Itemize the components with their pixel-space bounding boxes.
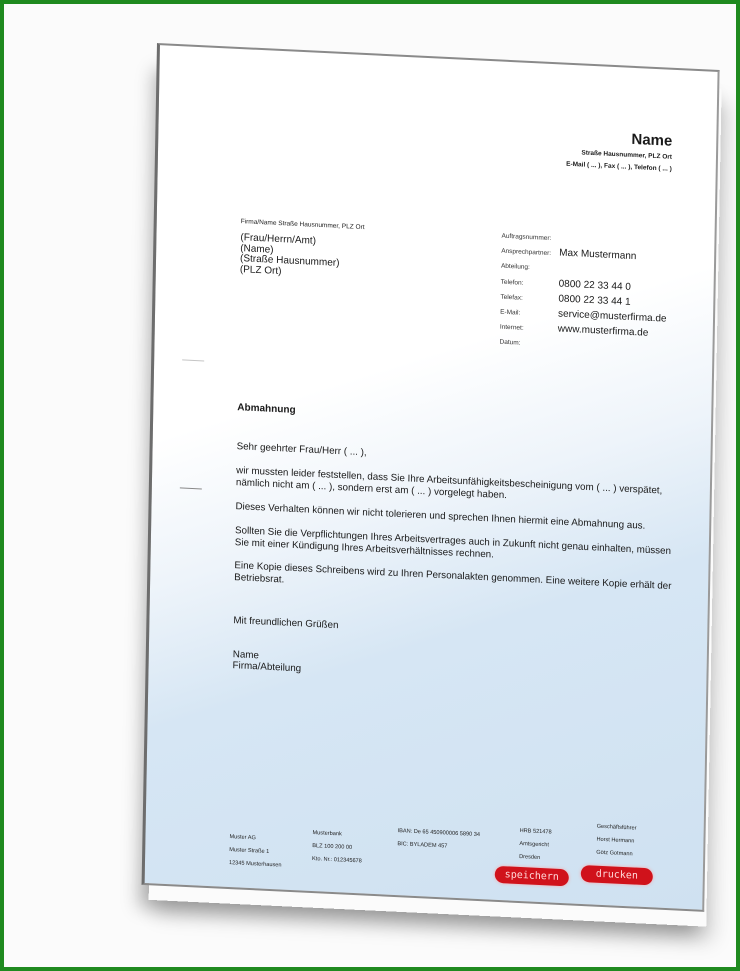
- info-label: Auftragsnummer:: [501, 233, 551, 242]
- info-label: E-Mail:: [500, 309, 520, 317]
- save-button[interactable]: speichern: [495, 866, 569, 887]
- info-block: Auftragsnummer: Ansprechpartner: Max Mus…: [499, 230, 501, 351]
- punch-mark: [180, 487, 202, 489]
- footer-line: Dresden: [519, 851, 551, 866]
- info-label: Internet:: [500, 324, 524, 332]
- footer-line: Kto. Nr.: 012345678: [312, 853, 362, 868]
- print-button[interactable]: drucken: [581, 865, 653, 885]
- sender-contact: E-Mail ( ... ), Fax ( ... ), Telefon ( .…: [566, 161, 672, 173]
- footer-management: Geschäftsführer Horst Hermann Götz Gotma…: [596, 821, 636, 862]
- letter-page: Name Straße Hausnummer, PLZ Ort E-Mail (…: [142, 43, 720, 912]
- fold-mark: [182, 359, 204, 361]
- footer-register: HRB 521478 Amtsgericht Dresden: [519, 825, 552, 866]
- info-label: Datum:: [500, 339, 521, 347]
- info-value: service@musterfirma.de: [558, 308, 667, 324]
- footer-line: Götz Gotmann: [596, 847, 636, 862]
- info-value: www.musterfirma.de: [558, 324, 649, 339]
- footer-bank: Musterbank BLZ 100 200 00 Kto. Nr.: 0123…: [312, 827, 362, 868]
- info-label: Telefon:: [501, 278, 524, 286]
- info-label: Ansprechpartner:: [501, 248, 551, 257]
- sender-address: Straße Hausnummer, PLZ Ort: [581, 149, 672, 160]
- info-label: Telefax:: [500, 293, 523, 301]
- letter-paragraph: Eine Kopie dieses Schreibens wird zu Ihr…: [234, 560, 674, 604]
- letter-closing: Mit freundlichen Grüßen: [233, 615, 673, 648]
- letter-subject: Abmahnung: [237, 402, 295, 416]
- info-value: 0800 22 33 44 1: [558, 293, 630, 307]
- recipient-address: (Frau/Herrn/Amt) (Name) (Straße Hausnumm…: [240, 233, 340, 280]
- sender-name: Name: [631, 131, 672, 150]
- info-label: Abteilung:: [501, 263, 530, 271]
- info-value: Max Mustermann: [559, 248, 636, 263]
- preview-frame: Name Straße Hausnummer, PLZ Ort E-Mail (…: [4, 4, 736, 967]
- footer-company: Muster AG Muster Straße 1 12345 Musterha…: [229, 831, 282, 873]
- letter-paragraph: wir mussten leider feststellen, dass Sie…: [236, 465, 676, 509]
- footer-iban: IBAN: De 65 450900006 5890 34 BIC: BYLAD…: [397, 825, 480, 855]
- footer-line: 12345 Musterhausen: [229, 857, 282, 873]
- return-address: Firma/Name Straße Hausnummer, PLZ Ort: [241, 218, 365, 231]
- info-value: 0800 22 33 44 0: [559, 278, 631, 292]
